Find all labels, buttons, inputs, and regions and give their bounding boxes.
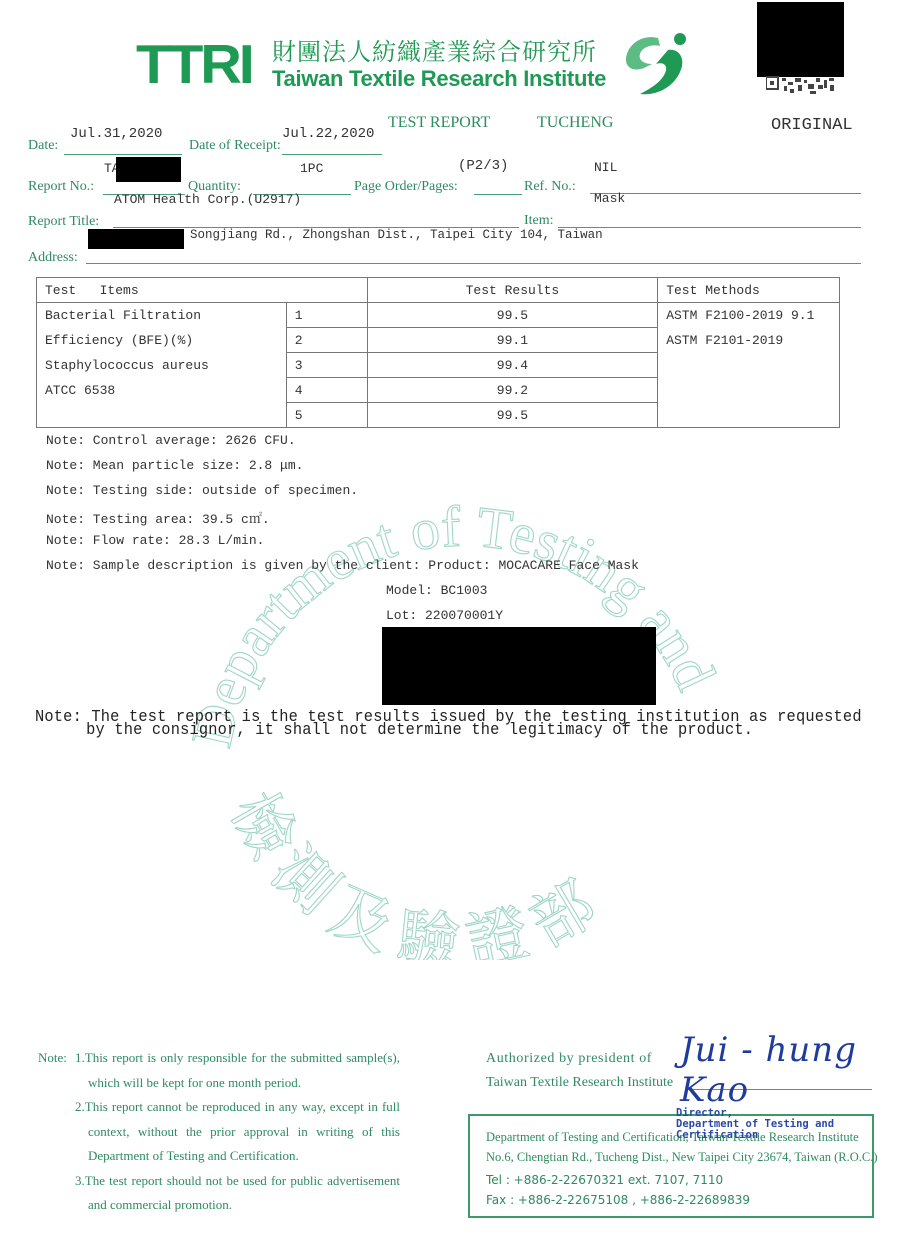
item-line: Staphylococcus aureus <box>37 353 287 378</box>
method-line: ASTM F2101-2019 <box>658 328 840 353</box>
item-value: Mask <box>594 191 625 206</box>
redacted-sample-photo <box>382 627 656 705</box>
quantity-value: 1PC <box>300 161 323 176</box>
header-test-methods: Test Methods <box>658 278 840 303</box>
note-testing-area: Note: Testing area: 39.5 c㎡. <box>46 508 270 527</box>
footer-note-label: Note: <box>38 1046 67 1071</box>
sample-model: Model: BC1003 <box>386 583 487 598</box>
receipt-label: Date of Receipt: <box>189 138 281 154</box>
header-test-results: Test Results <box>367 278 658 303</box>
stamp-line-3: Certification <box>676 1130 834 1141</box>
item-line: Bacterial Filtration <box>37 303 287 328</box>
item-underline <box>558 227 861 228</box>
receipt-value: Jul.22,2020 <box>282 126 374 142</box>
director-signature: Jui - hung Kao <box>680 1030 898 1110</box>
note-sample-description: Note: Sample description is given by the… <box>46 558 639 573</box>
date-underline <box>64 154 182 155</box>
contact-address: No.6, Chengtian Rd., Tucheng Dist., New … <box>486 1150 878 1165</box>
row-number: 1 <box>286 303 367 328</box>
row-result: 99.1 <box>367 328 658 353</box>
redacted-qr-block <box>757 2 844 77</box>
row-result: 99.2 <box>367 378 658 403</box>
table-row: Efficiency (BFE)(%) 2 99.1 ASTM F2101-20… <box>37 328 840 353</box>
qr-code-icon <box>766 76 838 96</box>
contact-fax: Fax : +886-2-22675108 , +886-2-22689839 <box>486 1193 750 1207</box>
address-underline <box>86 263 861 264</box>
note-control-average: Note: Control average: 2626 CFU. <box>46 433 296 448</box>
row-result: 99.5 <box>367 303 658 328</box>
brand-abbrev: TTRI <box>136 36 252 92</box>
ttri-logo-icon <box>622 30 696 98</box>
page-order-value: (P2/3) <box>458 158 508 174</box>
address-value: Songjiang Rd., Zhongshan Dist., Taipei C… <box>190 228 603 242</box>
report-title-value: ATOM Health Corp.(U2917) <box>114 192 301 207</box>
table-row: ATCC 6538 4 99.2 <box>37 378 840 403</box>
note-particle-size: Note: Mean particle size: 2.8 μm. <box>46 458 303 473</box>
branch-name: TUCHENG <box>537 114 613 132</box>
item-line: ATCC 6538 <box>37 378 287 403</box>
copy-status: ORIGINAL <box>771 116 853 135</box>
table-row: Staphylococcus aureus 3 99.4 <box>37 353 840 378</box>
ref-no-value: NIL <box>594 160 617 175</box>
report-no-label: Report No.: <box>28 179 94 195</box>
row-number: 3 <box>286 353 367 378</box>
sample-lot: Lot: 220070001Y <box>386 608 503 623</box>
ref-no-underline <box>590 193 861 194</box>
svg-text:檢測及驗證部: 檢測及驗證部 <box>217 780 620 960</box>
test-results-table: Test Items Test Results Test Methods Bac… <box>36 277 840 428</box>
authorized-line-2: Taiwan Textile Research Institute <box>486 1075 673 1091</box>
table-row: 5 99.5 <box>37 403 840 428</box>
address-label: Address: <box>28 250 78 266</box>
date-label: Date: <box>28 138 58 154</box>
item-label: Item: <box>524 213 554 229</box>
footer-notes: Note: 1.This report is only responsible … <box>38 1046 400 1218</box>
contact-tel: Tel : +886-2-22670321 ext. 7107, 7110 <box>486 1173 723 1187</box>
row-number: 5 <box>286 403 367 428</box>
table-row: Bacterial Filtration 1 99.5 ASTM F2100-2… <box>37 303 840 328</box>
table-header-row: Test Items Test Results Test Methods <box>37 278 840 303</box>
item-line <box>37 403 287 428</box>
brand-name-english: Taiwan Textile Research Institute <box>272 66 606 92</box>
row-result: 99.4 <box>367 353 658 378</box>
item-line: Efficiency (BFE)(%) <box>37 328 287 353</box>
header-test-items: Test Items <box>37 278 368 303</box>
legitimacy-disclaimer: Note: The test report is the test result… <box>35 710 855 736</box>
page-order-underline <box>474 194 522 195</box>
footer-note-3: 3.The test report should not be used for… <box>38 1169 400 1218</box>
page-order-label: Page Order/Pages: <box>354 179 458 195</box>
report-title-label: Report Title: <box>28 214 99 230</box>
note-testing-side: Note: Testing side: outside of specimen. <box>46 483 358 498</box>
receipt-underline <box>282 154 382 155</box>
footer-note-2: 2.This report cannot be reproduced in an… <box>38 1095 400 1169</box>
ref-no-label: Ref. No.: <box>524 179 576 195</box>
note-flow-rate: Note: Flow rate: 28.3 L/min. <box>46 533 264 548</box>
row-number: 2 <box>286 328 367 353</box>
report-type: TEST REPORT <box>388 114 490 132</box>
redacted-address-number <box>88 229 184 249</box>
method-line: ASTM F2100-2019 9.1 <box>658 303 840 328</box>
director-stamp: Director, Department of Testing and Cert… <box>676 1108 834 1141</box>
brand-name-chinese: 財團法人紡織產業綜合研究所 <box>272 38 597 66</box>
row-result: 99.5 <box>367 403 658 428</box>
footer-note-1: 1.This report is only responsible for th… <box>38 1046 400 1095</box>
row-number: 4 <box>286 378 367 403</box>
disclaimer-line-2: by the consignor, it shall not determine… <box>35 723 798 736</box>
redacted-report-no <box>116 157 181 182</box>
authorized-line-1: Authorized by president of <box>486 1051 652 1067</box>
date-value: Jul.31,2020 <box>70 126 162 142</box>
